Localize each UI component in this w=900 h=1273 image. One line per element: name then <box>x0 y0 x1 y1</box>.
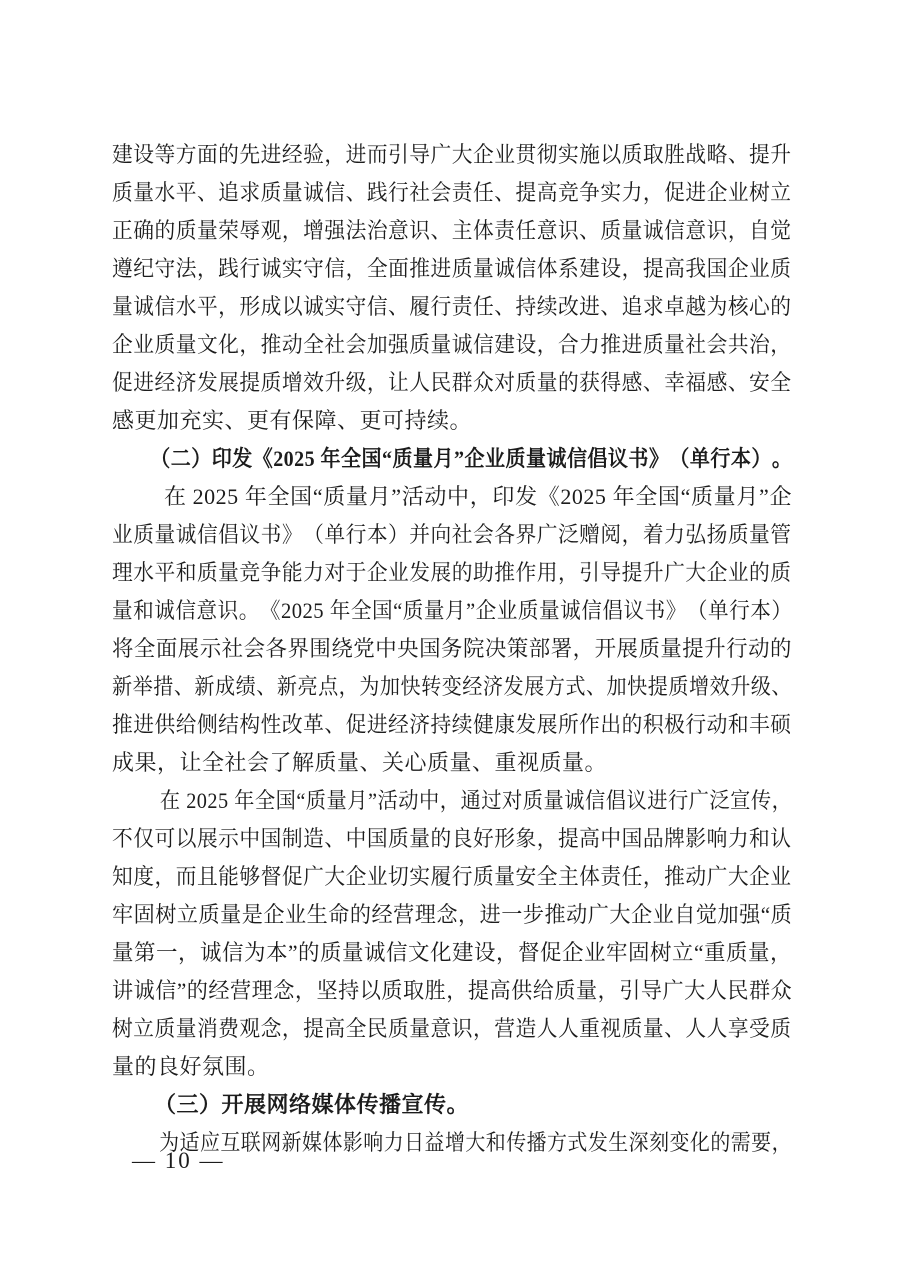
heading-line: （二）印发《2025 年全国“质量月”企业质量诚信倡议书》（单行本）。 <box>112 440 731 478</box>
body-text-line: 推进供给侧结构性改革、促进经济持续健康发展所作出的积极行动和丰硕 <box>112 706 753 744</box>
body-text-line: 讲诚信”的经营理念，坚持以质取胜，提高供给质量，引导广大人民群众 <box>112 972 765 1010</box>
body-text-line: 在 2025 年全国“质量月”活动中，印发《2025 年全国“质量月”企 <box>112 478 792 516</box>
body-text-line: 业质量诚信倡议书》（单行本）并向社会各界广泛赠阅，着力弘扬质量管 <box>112 516 753 554</box>
body-text-line: 量诚信水平，形成以诚实守信、履行责任、持续改进、追求卓越为核心的 <box>112 288 753 326</box>
body-text-line: 量第一，诚信为本”的质量诚信文化建设，督促企业牢固树立“重质量， <box>112 934 776 972</box>
body-text-line: 在 2025 年全国“质量月”活动中，通过对质量诚信倡议进行广泛宣传， <box>112 782 739 820</box>
body-text-line: 正确的质量荣辱观，增强法治意识、主体责任意识、质量诚信意识，自觉 <box>112 212 753 250</box>
body-text-line: 量的良好氛围。 <box>112 1048 792 1086</box>
body-text-line: 量和诚信意识。《2025 年全国“质量月”企业质量诚信倡议书》（单行本） <box>112 592 750 630</box>
body-text-line: 企业质量文化，推动全社会加强质量诚信建设，合力推进质量社会共治， <box>112 326 753 364</box>
body-text-line: 牢固树立质量是企业生命的经营理念，进一步推动广大企业自觉加强“质 <box>112 896 765 934</box>
document-page: 建设等方面的先进经验，进而引导广大企业贯彻实施以质取胜战略、提升质量水平、追求质… <box>0 0 900 1273</box>
page-number: — 10 — <box>132 1147 225 1175</box>
body-text-line: 新举措、新成绩、新亮点，为加快转变经济发展方式、加快提质增效升级、 <box>112 668 734 706</box>
heading-line: （三）开展网络媒体传播宣传。 <box>112 1086 792 1124</box>
document-body: 建设等方面的先进经验，进而引导广大企业贯彻实施以质取胜战略、提升质量水平、追求质… <box>112 136 792 1162</box>
body-text-line: 将全面展示社会各界围绕党中央国务院决策部署，开展质量提升行动的 <box>112 630 774 668</box>
body-text-line: 理水平和质量竞争能力对于企业发展的助推作用，引导提升广大企业的质 <box>112 554 753 592</box>
body-text-line: 感更加充实、更有保障、更可持续。 <box>112 402 792 440</box>
body-text-line: 促进经济发展提质增效升级，让人民群众对质量的获得感、幸福感、安全 <box>112 364 753 402</box>
body-text-line: 不仅可以展示中国制造、中国质量的良好形象，提高中国品牌影响力和认 <box>112 820 753 858</box>
body-text-line: 建设等方面的先进经验，进而引导广大企业贯彻实施以质取胜战略、提升 <box>112 136 753 174</box>
body-text-line: 树立质量消费观念，提高全民质量意识，营造人人重视质量、人人享受质 <box>112 1010 753 1048</box>
body-text-line: 知度，而且能够督促广大企业切实履行质量安全主体责任，推动广大企业 <box>112 858 753 896</box>
body-text-line: 成果，让全社会了解质量、关心质量、重视质量。 <box>112 744 792 782</box>
body-text-line: 质量水平、追求质量诚信、践行社会责任、提高竞争实力，促进企业树立 <box>112 174 753 212</box>
body-text-line: 遵纪守法，践行诚实守信，全面推进质量诚信体系建设，提高我国企业质 <box>112 250 753 288</box>
